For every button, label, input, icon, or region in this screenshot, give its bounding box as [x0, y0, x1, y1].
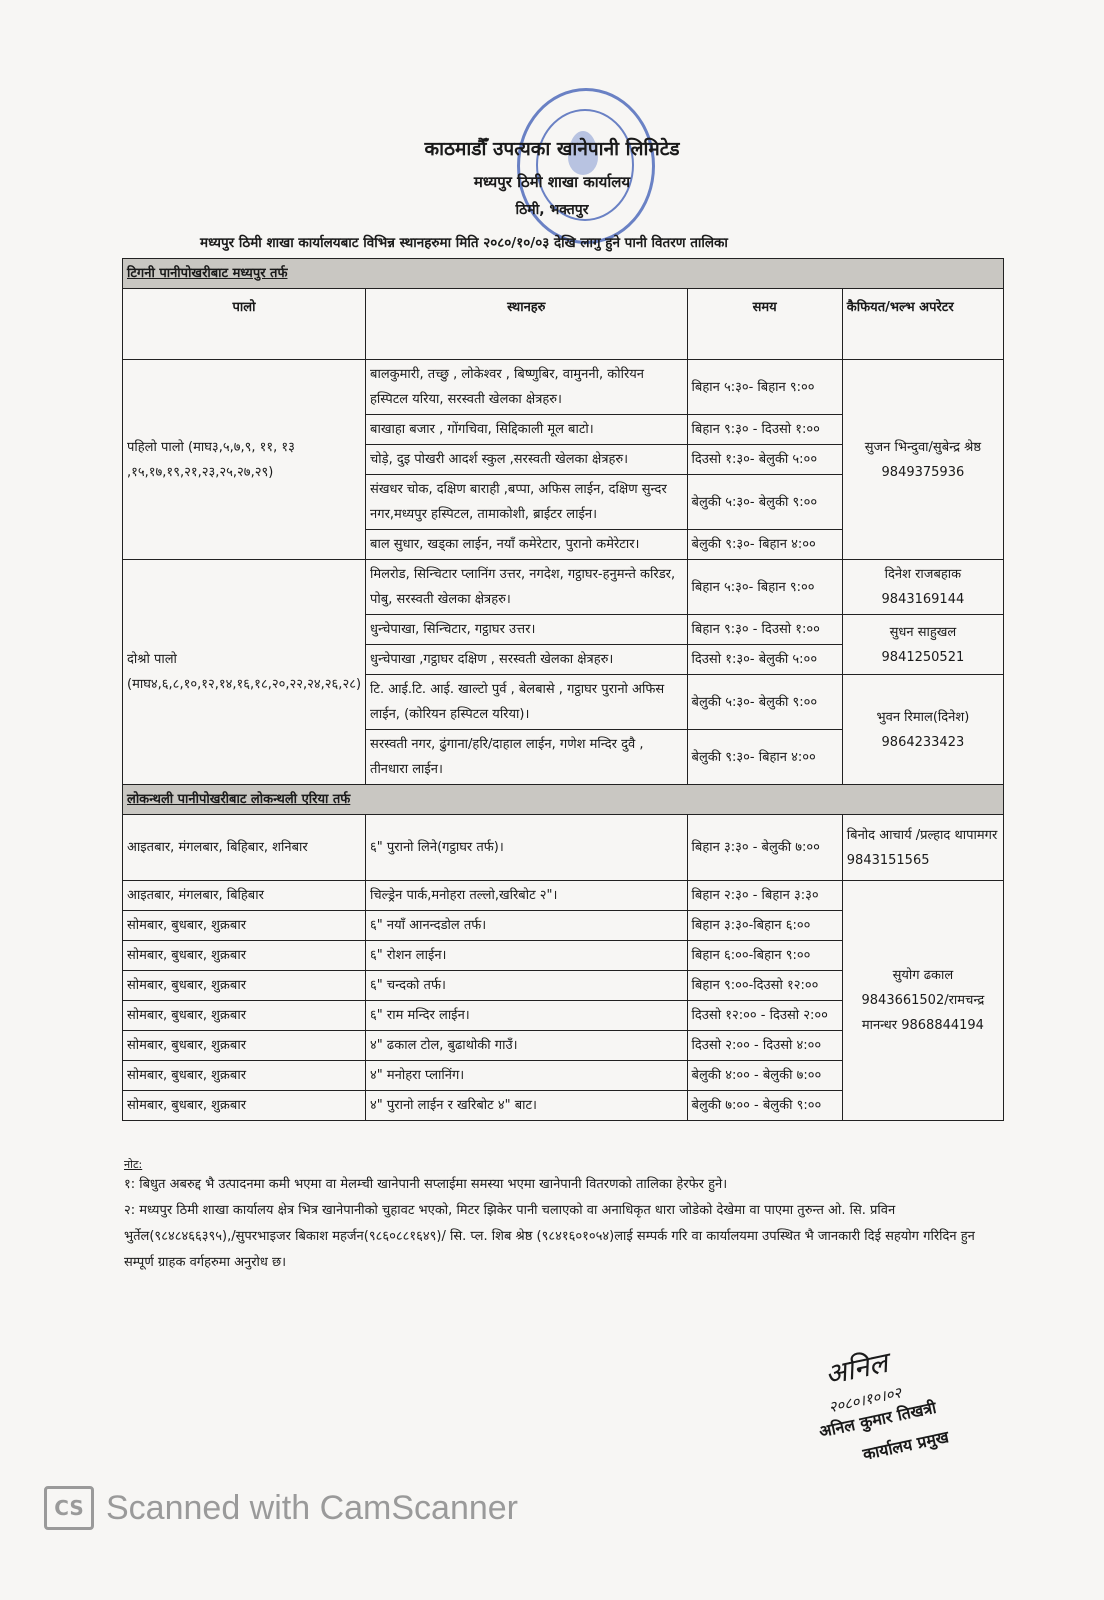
days-cell: सोमबार, बुधबार, शुक्रबार: [123, 1091, 366, 1121]
days-cell: आइतबार, मंगलबार, बिहिबार: [123, 881, 366, 911]
days-cell: सोमबार, बुधबार, शुक्रबार: [123, 911, 366, 941]
time-cell: दिउसो २:०० - दिउसो ४:००: [687, 1031, 842, 1061]
places-cell: ६" राम मन्दिर लाईन।: [366, 1001, 688, 1031]
branch-location: ठिमी, भक्तपुर: [0, 200, 1104, 219]
schedule-title: मध्यपुर ठिमी शाखा कार्यालयबाट विभिन्न स्…: [200, 233, 728, 251]
table-row: दोश्रो पालो (माघ४,६,८,१०,१२,१४,१६,१८,२०,…: [123, 560, 1004, 615]
days-cell: सोमबार, बुधबार, शुक्रबार: [123, 971, 366, 1001]
col-header-turn: पालो: [123, 289, 366, 360]
table-row: आइतबार, मंगलबार, बिहिबार चिल्ड्रेन पार्क…: [123, 881, 1004, 911]
time-cell: दिउसो १:३०- बेलुकी ५:००: [687, 445, 842, 475]
time-cell: बेलुकी ४:०० - बेलुकी ७:००: [687, 1061, 842, 1091]
branch-name: मध्यपुर ठिमी शाखा कार्यालय: [0, 172, 1104, 192]
time-cell: बिहान ९:००-दिउसो १२:००: [687, 971, 842, 1001]
table-header-row: पालो स्थानहरु समय कैफियत/भल्भ अपरेटर: [123, 289, 1004, 360]
operator-phone: 9864233423: [847, 730, 999, 755]
days-cell: सोमबार, बुधबार, शुक्रबार: [123, 1001, 366, 1031]
places-cell: ६" पुरानो लिने(गट्ठाघर तर्फ)।: [366, 815, 688, 881]
places-cell: ४" ढकाल टोल, बुढाथोकी गाउँ।: [366, 1031, 688, 1061]
operator-phone: 9843169144: [847, 587, 999, 612]
places-cell: बाल सुधार, खड्का लाईन, नयाँ कमेरेटार, पु…: [366, 530, 688, 560]
time-cell: बिहान ९:३० - दिउसो १:००: [687, 615, 842, 645]
notes-heading: नोट:: [124, 1158, 1004, 1172]
section-header-lokanthali: लोकन्थली पानीपोखरीबाट लोकन्थली एरिया तर्…: [123, 785, 1004, 815]
places-cell: ६" रोशन लाईन।: [366, 941, 688, 971]
time-cell: बिहान ५:३०- बिहान ९:००: [687, 560, 842, 615]
table-row: आइतबार, मंगलबार, बिहिबार, शनिबार ६" पुरा…: [123, 815, 1004, 881]
col-header-time: समय: [687, 289, 842, 360]
operator-cell: सुयोग ढकाल 9843661502/रामचन्द्र मानन्धर …: [842, 881, 1003, 1121]
time-cell: बिहान ९:३० - दिउसो १:००: [687, 415, 842, 445]
time-cell: बेलुकी ५:३०- बेलुकी ९:००: [687, 475, 842, 530]
time-cell: बेलुकी ९:३०- बिहान ४:००: [687, 530, 842, 560]
places-cell: चिल्ड्रेन पार्क,मनोहरा तल्लो,खरिबोट २"।: [366, 881, 688, 911]
note-item: २: मध्यपुर ठिमी शाखा कार्यालय क्षेत्र भि…: [124, 1198, 1004, 1276]
places-cell: ६" चन्दको तर्फ।: [366, 971, 688, 1001]
office-stamp: [517, 88, 655, 244]
col-header-places: स्थानहरु: [366, 289, 688, 360]
time-cell: बिहान २:३० - बिहान ३:३०: [687, 881, 842, 911]
places-cell: चोड़े, दुइ पोखरी आदर्श स्कुल ,सरस्वती खे…: [366, 445, 688, 475]
operator-cell: बिनोद आचार्य /प्रल्हाद थापामगर 984315156…: [842, 815, 1003, 881]
places-cell: टि. आई.टि. आई. खाल्टो पुर्व , बेलबासे , …: [366, 675, 688, 730]
places-cell: सरस्वती नगर, ढुंगाना/हरि/दाहाल लाईन, गणे…: [366, 730, 688, 785]
operator-name: सुधन साहुखल: [847, 620, 999, 645]
places-cell: बालकुमारी, तच्छु , लोकेश्वर , बिष्णुबिर,…: [366, 360, 688, 415]
places-cell: ४" मनोहरा प्लानिंग।: [366, 1061, 688, 1091]
time-cell: दिउसो १२:०० - दिउसो २:००: [687, 1001, 842, 1031]
places-cell: बाखाहा बजार , गोंगचिवा, सिद्दिकाली मूल ब…: [366, 415, 688, 445]
camscanner-logo-icon: CS: [44, 1486, 94, 1530]
places-cell: संखधर चोक, दक्षिण बाराही ,बप्पा, अफिस ला…: [366, 475, 688, 530]
turn-cell: दोश्रो पालो (माघ४,६,८,१०,१२,१४,१६,१८,२०,…: [123, 560, 366, 785]
operator-phone: 9841250521: [847, 645, 999, 670]
watermark-text: Scanned with CamScanner: [106, 1489, 518, 1528]
time-cell: दिउसो १:३०- बेलुकी ५:००: [687, 645, 842, 675]
operator-cell: सुजन भिन्दुवा/सुबेन्द्र श्रेष्ठ 98493759…: [842, 360, 1003, 560]
time-cell: बेलुकी ९:३०- बिहान ४:००: [687, 730, 842, 785]
time-cell: बिहान ५:३०- बिहान ९:००: [687, 360, 842, 415]
time-cell: बिहान ३:३०-बिहान ६:००: [687, 911, 842, 941]
operator-cell: सुधन साहुखल 9841250521: [842, 615, 1003, 675]
operator-name: सुयोग ढकाल: [847, 963, 999, 988]
signatory-role: कार्यालय प्रमुख: [861, 1425, 951, 1465]
days-cell: सोमबार, बुधबार, शुक्रबार: [123, 941, 366, 971]
document-page: काठमाडौँ उपत्यका खानेपानी लिमिटेड मध्यपु…: [0, 0, 1104, 1600]
turn-cell: पहिलो पालो (माघ३,५,७,९, ११, १३ ,१५,१७,१९…: [123, 360, 366, 560]
operator-name: भुवन रिमाल(दिनेश): [847, 705, 999, 730]
section-header-tigani: टिगनी पानीपोखरीबाट मध्यपुर तर्फ: [123, 259, 1004, 289]
places-cell: ४" पुरानो लाईन र खरिबोट ४" बाट।: [366, 1091, 688, 1121]
operator-cell: भुवन रिमाल(दिनेश) 9864233423: [842, 675, 1003, 785]
places-cell: धुन्चेपाखा ,गट्ठाघर दक्षिण , सरस्वती खेल…: [366, 645, 688, 675]
col-header-remarks: कैफियत/भल्भ अपरेटर: [842, 289, 1003, 360]
places-cell: मिलरोड, सिन्चिटार प्लानिंग उत्तर, नगदेश,…: [366, 560, 688, 615]
operator-phone: 9843661502/रामचन्द्र मानन्धर 9868844194: [847, 988, 999, 1038]
operator-cell: दिनेश राजबहाक 9843169144: [842, 560, 1003, 615]
time-cell: बिहान ३:३० - बेलुकी ७:००: [687, 815, 842, 881]
time-cell: बिहान ६:००-बिहान ९:००: [687, 941, 842, 971]
days-cell: आइतबार, मंगलबार, बिहिबार, शनिबार: [123, 815, 366, 881]
places-cell: धुन्चेपाखा, सिन्चिटार, गट्ठाघर उत्तर।: [366, 615, 688, 645]
time-cell: बेलुकी ७:०० - बेलुकी ९:००: [687, 1091, 842, 1121]
note-item: १: बिधुत अबरुद्द भै उत्पादनमा कमी भएमा व…: [124, 1172, 1004, 1198]
notes-section: नोट: १: बिधुत अबरुद्द भै उत्पादनमा कमी भ…: [124, 1158, 1004, 1276]
table-row: पहिलो पालो (माघ३,५,७,९, ११, १३ ,१५,१७,१९…: [123, 360, 1004, 415]
days-cell: सोमबार, बुधबार, शुक्रबार: [123, 1031, 366, 1061]
days-cell: सोमबार, बुधबार, शुक्रबार: [123, 1061, 366, 1091]
water-schedule-table: टिगनी पानीपोखरीबाट मध्यपुर तर्फ पालो स्थ…: [122, 258, 1004, 1121]
operator-name: दिनेश राजबहाक: [847, 562, 999, 587]
places-cell: ६" नयाँ आनन्दडोल तर्फ।: [366, 911, 688, 941]
time-cell: बेलुकी ५:३०- बेलुकी ९:००: [687, 675, 842, 730]
camscanner-watermark: CS Scanned with CamScanner: [44, 1486, 518, 1530]
org-name: काठमाडौँ उपत्यका खानेपानी लिमिटेड: [0, 135, 1104, 161]
